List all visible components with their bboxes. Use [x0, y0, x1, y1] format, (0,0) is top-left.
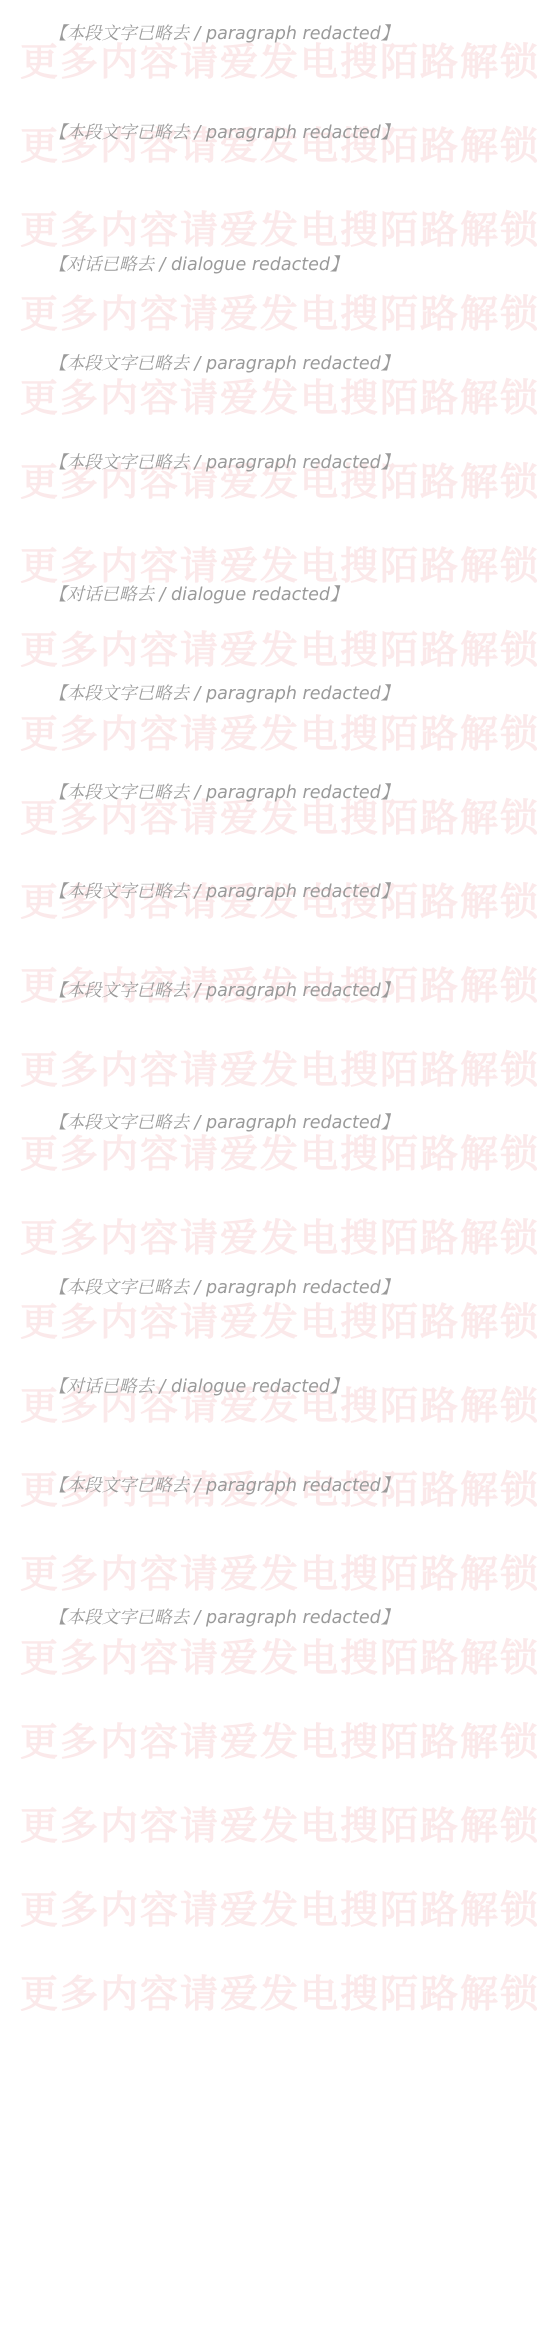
paragraph-redacted: 【本段文字已略去 / paragraph redacted】 — [14, 876, 546, 942]
paragraph-redacted: 【本段文字已略去 / paragraph redacted】 — [14, 1107, 546, 1239]
paragraph-redacted: 【本段文字已略去 / paragraph redacted】 — [14, 18, 546, 51]
paragraph-redacted: 【本段文字已略去 / paragraph redacted】 — [14, 117, 546, 216]
watermark-text: 更多内容请爱发电搜陌路解锁 — [0, 1952, 560, 2036]
paragraph-redacted: 【本段文字已略去 / paragraph redacted】 — [14, 975, 546, 1074]
paragraph-redacted: 【对话已略去 / dialogue redacted】 — [14, 579, 546, 612]
watermark-text: 更多内容请爱发电搜陌路解锁 — [0, 1868, 560, 1952]
paragraph-redacted: 【对话已略去 / dialogue redacted】 — [14, 1371, 546, 1404]
watermark-text: 更多内容请爱发电搜陌路解锁 — [0, 1784, 560, 1868]
paragraph-redacted: 【本段文字已略去 / paragraph redacted】 — [14, 1272, 546, 1338]
paragraph-redacted: 【本段文字已略去 / paragraph redacted】 — [14, 1470, 546, 1569]
paragraph-redacted: 【对话已略去 / dialogue redacted】 — [14, 249, 546, 282]
paragraph-redacted: 【本段文字已略去 / paragraph redacted】 — [14, 447, 546, 546]
paragraph-redacted: 【本段文字已略去 / paragraph redacted】 — [14, 348, 546, 414]
reader-text-area: 【本段文字已略去 / paragraph redacted】【本段文字已略去 /… — [0, 0, 560, 1734]
paragraph-redacted: 【本段文字已略去 / paragraph redacted】 — [14, 678, 546, 744]
paragraph-redacted: 【本段文字已略去 / paragraph redacted】 — [14, 777, 546, 810]
paragraph-redacted: 【本段文字已略去 / paragraph redacted】 — [14, 1602, 546, 1734]
